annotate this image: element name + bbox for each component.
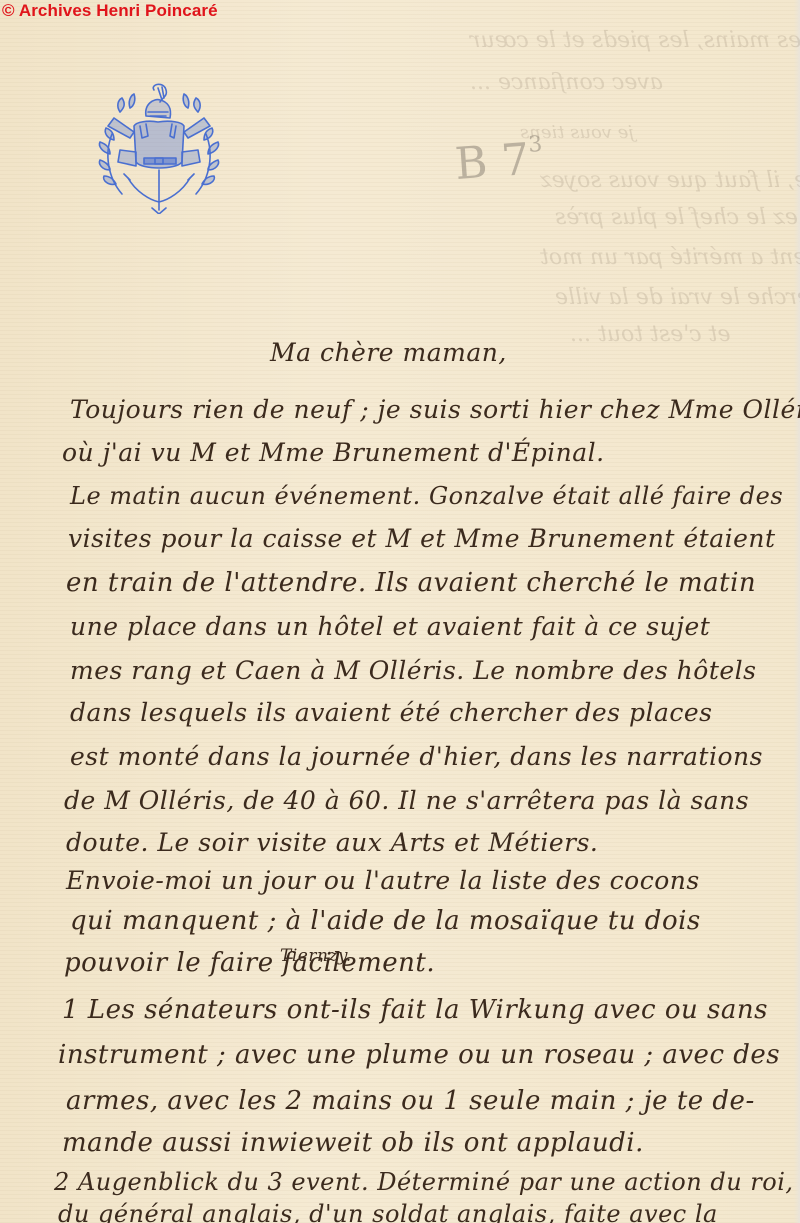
letter-line: dans lesquels ils avaient été chercher d…	[70, 698, 713, 727]
letter-line: mes rang et Caen à M Olléris. Le nombre …	[70, 656, 757, 685]
letter-line: de M Olléris, de 40 à 60. Il ne s'arrête…	[64, 786, 749, 815]
numbered-item: du général anglais, d'un soldat anglais,…	[58, 1200, 718, 1223]
letter-line: où j'ai vu M et Mme Brunement d'Épinal.	[62, 438, 605, 467]
letter-line: Envoie-moi un jour ou l'autre la liste d…	[66, 866, 700, 895]
letter-line: Le matin aucun événement. Gonzalve était…	[70, 482, 783, 510]
numbered-item: mande aussi inwieweit ob ils ont applaud…	[62, 1128, 644, 1158]
letter-line: visites pour la caisse et M et Mme Brune…	[68, 524, 776, 553]
numbered-item: armes, avec les 2 mains ou 1 seule main …	[66, 1086, 755, 1116]
numbered-item: 2 Augenblick du 3 event. Déterminé par u…	[54, 1168, 794, 1196]
letter-line: en train de l'attendre. Ils avaient cher…	[66, 568, 756, 598]
letter-body: Ma chère maman, Toujours rien de neuf ; …	[0, 0, 800, 1223]
letter-line: qui manquent ; à l'aide de la mosaïque t…	[70, 906, 701, 936]
numbered-item: instrument ; avec une plume ou un roseau…	[58, 1040, 780, 1070]
letter-line: une place dans un hôtel et avaient fait …	[70, 612, 710, 641]
letter-line: est monté dans la journée d'hier, dans l…	[70, 742, 763, 771]
letter-line: Toujours rien de neuf ; je suis sorti hi…	[70, 395, 800, 424]
section-heading-note: Tiernzy.	[280, 946, 352, 966]
numbered-item: 1 Les sénateurs ont-ils fait la Wirkung …	[62, 995, 768, 1025]
salutation: Ma chère maman,	[270, 338, 507, 367]
letter-line: pouvoir le faire facilement.	[64, 948, 435, 978]
letter-line: doute. Le soir visite aux Arts et Métier…	[66, 828, 598, 857]
